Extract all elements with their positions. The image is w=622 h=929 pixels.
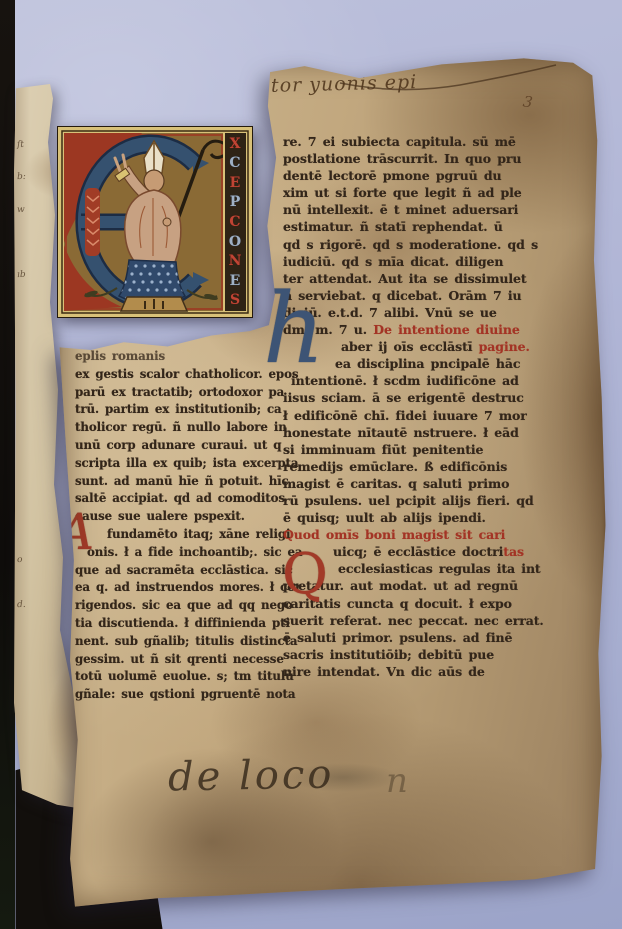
- body-text: si imminuam fiūt penitentie: [283, 442, 483, 457]
- body-text: ea q. ad instruendos mores. ł cor: [75, 580, 301, 594]
- text-line: si imminuam fiūt penitentie: [283, 441, 573, 458]
- text-line: Quod omīs boni magist sit cari: [283, 526, 573, 543]
- text-line: ex gestis scalor chatholicor. epos: [75, 366, 290, 384]
- text-line: nire intendat. Vn dic aūs de: [283, 663, 573, 680]
- body-text: tholicor regū. ñ nullo labore in: [75, 420, 287, 434]
- text-line: pretatur. aut modat. ut ad regnū: [283, 577, 573, 594]
- body-text: xim ut si forte que legit ñ ad ple: [283, 185, 522, 200]
- body-text: sunt. ad manū hīe ñ potuit. hīc: [75, 474, 289, 488]
- rubric-text: pagine.: [479, 339, 530, 354]
- text-line: parū ex tractatib; ortodoxor pa: [75, 384, 290, 402]
- text-line: onis. ł a fide inchoantib;. sic ea: [75, 544, 290, 562]
- body-text: iisus sciam. ā se erigentē destruc: [283, 390, 524, 405]
- body-text: gñale: sue qstioni pgruentē nota: [75, 687, 295, 701]
- text-line: ea q. ad instruendos mores. ł cor: [75, 579, 290, 597]
- rubric-text: tas: [503, 544, 524, 559]
- body-text: aber ij oīs ecclāstī: [341, 339, 479, 354]
- text-line: nū intellexit. ē t minet aduersari: [283, 201, 573, 218]
- text-fragment: ıb: [17, 270, 26, 280]
- text-line: saltē accipiat. qd ad comoditos: [75, 490, 290, 508]
- text-column-left: eplis romanisex gestis scalor chatholico…: [75, 348, 290, 704]
- body-text: trū. partim ex institutionib; ca: [75, 402, 282, 416]
- title-letter: C: [229, 155, 240, 171]
- body-text: scripta illa ex quib; ista excerpta: [75, 456, 298, 470]
- body-text: uicq; ē ecclāstice doctri: [333, 544, 503, 559]
- body-text: ñ serviebat. q dicebat. Orām 7 iu: [283, 288, 522, 303]
- pen-flourish: [328, 55, 568, 95]
- body-text: dm. m. 7 u.: [283, 322, 373, 337]
- manuscript-photograph: ſtb:wıbod. tor yuonis epi 3 eplis romani…: [0, 0, 622, 929]
- text-fragment: w: [17, 205, 25, 215]
- body-text: iudiciū. qd s mīa dicat. diligen: [283, 254, 503, 269]
- text-line: ē saluti primor. psulens. ad finē: [283, 629, 573, 646]
- body-text: re. 7 ei subiecta capitula. sū mē: [283, 134, 516, 149]
- text-line: remedijs emūclare. ß edificōnis: [283, 458, 573, 475]
- text-line: ł edificōnē chī. fidei iuuare 7 mor: [283, 407, 573, 424]
- body-text: ter attendat. Aut ita se dissimulet: [283, 271, 527, 286]
- bottom-title-faded-letter: n: [386, 761, 408, 801]
- text-line: iudiciū. qd s mīa dicat. diligen: [283, 253, 573, 270]
- text-line: nent. sub gñalib; titulis distincta: [75, 633, 290, 651]
- text-line: suerit referat. nec peccat. nec errat.: [283, 612, 573, 629]
- text-line: postlatione trāscurrit. In quo pru: [283, 150, 573, 167]
- text-line: ē quisq; uult ab alijs ipendi.: [283, 509, 573, 526]
- body-text: cause sue ualere pspexit.: [75, 509, 245, 523]
- body-text: ł edificōnē chī. fidei iuuare 7 mor: [283, 408, 527, 423]
- text-fragment: o: [17, 555, 23, 565]
- title-letter: C: [229, 214, 240, 230]
- body-text: remedijs emūclare. ß edificōnis: [283, 459, 507, 474]
- text-line: sunt. ad manū hīe ñ potuit. hīc: [75, 473, 290, 491]
- body-text: onis. ł a fide inchoantib;. sic ea: [87, 545, 302, 559]
- title-letter: P: [230, 194, 241, 210]
- rubric-text: De intentione diuine: [373, 322, 519, 337]
- body-text: eplis romanis: [75, 349, 165, 363]
- body-text: saltē accipiat. qd ad comoditos: [75, 491, 285, 505]
- body-text: unū corp adunare curaui. ut q: [75, 438, 281, 452]
- text-line: ñ serviebat. q dicebat. Orām 7 iu: [283, 287, 573, 304]
- text-line: aber ij oīs ecclāstī pagine.: [283, 338, 573, 355]
- body-text: nent. sub gñalib; titulis distincta: [75, 634, 297, 648]
- text-line: xim ut si forte que legit ñ ad ple: [283, 184, 573, 201]
- rubric-text: Quod omīs boni magist sit cari: [283, 527, 505, 542]
- text-line: tia discutienda. ł diffinienda pti: [75, 615, 290, 633]
- running-title: tor yuonis epi: [271, 71, 418, 97]
- text-line: estimatur. ñ statī rephendat. ū: [283, 218, 573, 235]
- bottom-title: de loco: [168, 752, 335, 801]
- text-line: diciū. e.t.d. 7 alibi. Vnū se ue: [283, 304, 573, 321]
- body-text: ē saluti primor. psulens. ad finē: [283, 630, 512, 645]
- body-text: qd s rigorē. qd s moderatione. qd s: [283, 237, 538, 252]
- body-text: que ad sacramēta ecclāstica. sic: [75, 563, 293, 577]
- title-letter: N: [229, 253, 242, 269]
- body-text: ex gestis scalor chatholicor. epos: [75, 367, 298, 381]
- title-letter: X: [230, 136, 241, 152]
- title-letter: O: [229, 234, 241, 250]
- text-line: ter attendat. Aut ita se dissimulet: [283, 270, 573, 287]
- quire-mark: 3: [522, 92, 534, 111]
- text-line: trū. partim ex institutionib; ca: [75, 401, 290, 419]
- body-text: postlatione trāscurrit. In quo pru: [283, 151, 521, 166]
- text-line: ea disciplina pncipalē hāc: [283, 355, 573, 372]
- text-line: magist ē caritas. q saluti primo: [283, 475, 573, 492]
- text-line: caritatis cuncta q docuit. ł expo: [283, 595, 573, 612]
- text-line: que ad sacramēta ecclāstica. sic: [75, 562, 290, 580]
- body-text: nire intendat. Vn dic aūs de: [283, 664, 485, 679]
- text-line: re. 7 ei subiecta capitula. sū mē: [283, 133, 573, 150]
- text-line: dentē lectorē pmone pgruū du: [283, 167, 573, 184]
- body-text: rū psulens. uel pcipit alijs fieri. qd: [283, 493, 534, 508]
- initial-q-red: Q: [282, 547, 328, 603]
- text-line: rū psulens. uel pcipit alijs fieri. qd: [283, 492, 573, 509]
- body-text: gessim. ut ñ sit qrenti necesse: [75, 652, 284, 666]
- vertical-title-letters: XCEPCONES: [225, 134, 245, 310]
- body-text: fundamēto itaq; xāne religi: [107, 527, 290, 541]
- text-line: rigendos. sic ea que ad qq nego: [75, 597, 290, 615]
- body-text: totū uolumē euolue. s; tm titulū: [75, 669, 294, 683]
- body-text: magist ē caritas. q saluti primo: [283, 476, 509, 491]
- body-text: pretatur. aut modat. ut ad regnū: [283, 578, 518, 593]
- text-fragment: d.: [17, 600, 26, 610]
- text-line: tholicor regū. ñ nullo labore in: [75, 419, 290, 437]
- text-line: scripta illa ex quib; ista excerpta: [75, 455, 290, 473]
- text-column-right: re. 7 ei subiecta capitula. sū mēpostlat…: [283, 133, 573, 680]
- body-text: dentē lectorē pmone pgruū du: [283, 168, 502, 183]
- text-line: uicq; ē ecclāstice doctritas: [283, 543, 573, 560]
- body-text: tia discutienda. ł diffinienda pti: [75, 616, 290, 630]
- text-line: cause sue ualere pspexit.: [75, 508, 290, 526]
- body-text: ea disciplina pncipalē hāc: [335, 356, 520, 371]
- body-text: suerit referat. nec peccat. nec errat.: [283, 613, 544, 628]
- hand-on-staff: [163, 218, 171, 226]
- body-text: ē quisq; uult ab alijs ipendi.: [283, 510, 486, 525]
- body-text: estimatur. ñ statī rephendat. ū: [283, 219, 503, 234]
- text-line: totū uolumē euolue. s; tm titulū: [75, 668, 290, 686]
- body-text: parū ex tractatib; ortodoxor pa: [75, 385, 284, 399]
- body-text: sacris institutiōib; debitū pue: [283, 647, 494, 662]
- body-text: rigendos. sic ea que ad qq nego: [75, 598, 293, 612]
- text-line: ecclesiasticas regulas ita int: [283, 560, 573, 577]
- text-line: qd s rigorē. qd s moderatione. qd s: [283, 236, 573, 253]
- text-line: honestate nītautē nstruere. ł eād: [283, 424, 573, 441]
- body-text: intentionē. ł scdm iudificōne ad: [291, 373, 519, 388]
- text-line: dm. m. 7 u. De intentione diuine: [283, 321, 573, 338]
- text-line: gessim. ut ñ sit qrenti necesse: [75, 651, 290, 669]
- body-text: diciū. e.t.d. 7 alibi. Vnū se ue: [283, 305, 497, 320]
- title-letter: S: [230, 292, 240, 308]
- text-line: sacris institutiōib; debitū pue: [283, 646, 573, 663]
- body-text: ecclesiasticas regulas ita int: [338, 561, 541, 576]
- text-fragment: ſt: [17, 140, 24, 150]
- text-line: gñale: sue qstioni pgruentē nota: [75, 686, 290, 704]
- text-fragment: b:: [17, 172, 26, 182]
- title-letter: E: [230, 175, 241, 191]
- text-line: unū corp adunare curaui. ut q: [75, 437, 290, 455]
- body-text: honestate nītautē nstruere. ł eād: [283, 425, 519, 440]
- text-line: eplis romanis: [75, 348, 290, 366]
- text-line: iisus sciam. ā se erigentē destruc: [283, 389, 573, 406]
- body-text: caritatis cuncta q docuit. ł expo: [283, 596, 512, 611]
- miniature-artwork: [57, 126, 253, 318]
- body-text: nū intellexit. ē t minet aduersari: [283, 202, 518, 217]
- text-line: intentionē. ł scdm iudificōne ad: [283, 372, 573, 389]
- text-line: fundamēto itaq; xāne religi: [75, 526, 290, 544]
- initial-h-blue: h: [263, 281, 325, 377]
- illuminated-miniature-wrap: XCEPCONES: [57, 126, 253, 318]
- illuminated-miniature: XCEPCONES: [57, 126, 253, 318]
- title-letter: E: [230, 273, 241, 289]
